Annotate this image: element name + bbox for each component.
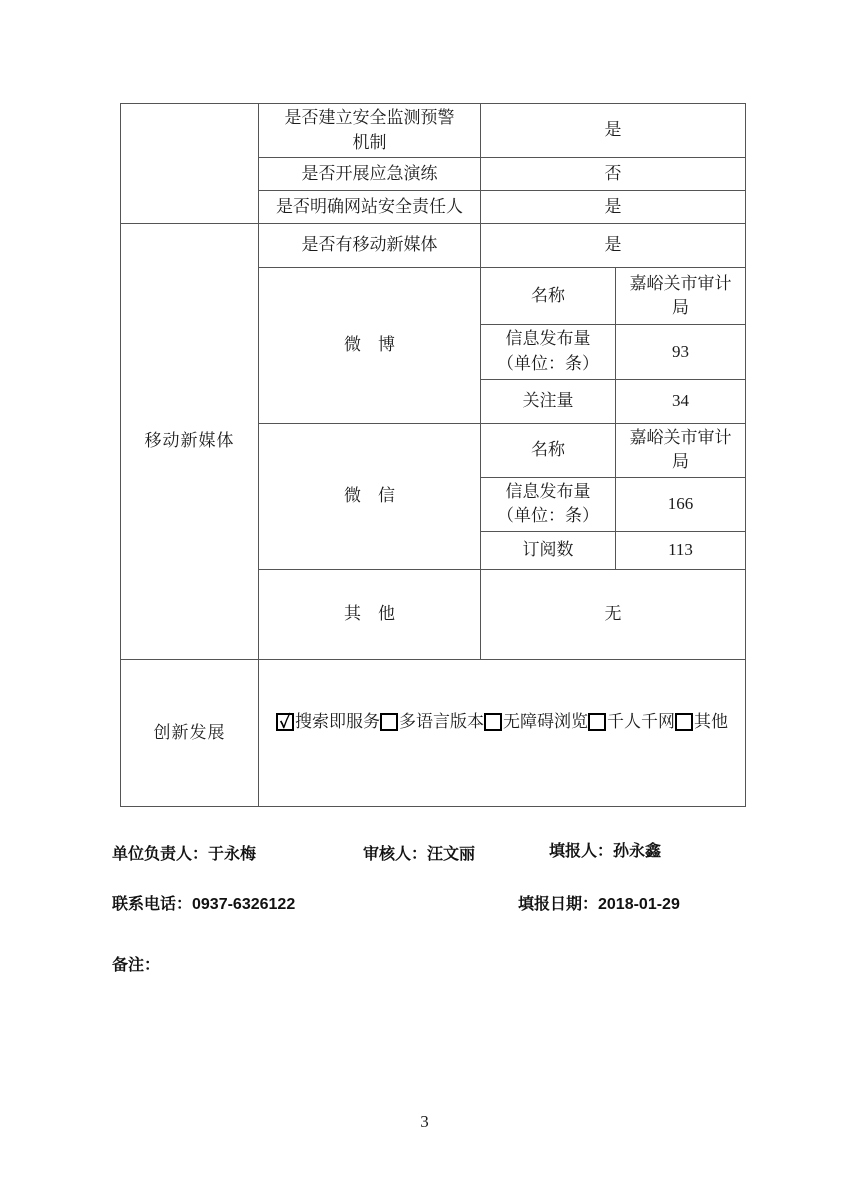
option-accessibility: 无障碍浏览	[484, 710, 588, 735]
wechat-posts-key: 信息发布量 （单位：条）	[481, 477, 616, 531]
option-other-label: 其他	[694, 710, 728, 735]
option-multilingual: 多语言版本	[380, 710, 484, 735]
category-innovation: 创新发展	[121, 660, 259, 807]
reviewer-line: 审核人：汪文丽	[363, 841, 475, 864]
answer-emergency-drill: 否	[481, 158, 746, 191]
page-number: 3	[0, 1112, 849, 1132]
wechat-label: 微 信	[259, 423, 481, 570]
wechat-subscribers-value: 113	[616, 532, 746, 570]
checkbox-accessibility-icon	[484, 713, 502, 731]
checkbox-search-service-icon: ✓	[276, 713, 294, 731]
question-has-mobile-media: 是否有移动新媒体	[259, 224, 481, 268]
question-emergency-drill: 是否开展应急演练	[259, 158, 481, 191]
checkbox-personalized-icon	[588, 713, 606, 731]
date-line: 填报日期：2018-01-29	[518, 891, 680, 914]
category-cell-blank	[121, 104, 259, 224]
document-page: 是否建立安全监测预警 机制 是 是否开展应急演练 否 是否明确网站安全责任人 是…	[0, 0, 849, 1200]
weibo-followers-key: 关注量	[481, 379, 616, 423]
innovation-options-cell: ✓ 搜索即服务 多语言版本 无障碍浏览 千人千网	[259, 660, 746, 807]
wechat-name-value: 嘉峪关市审计 局	[616, 423, 746, 477]
remarks-label: 备注：	[112, 952, 160, 975]
answer-has-mobile-media: 是	[481, 224, 746, 268]
question-security-warning: 是否建立安全监测预警 机制	[259, 104, 481, 158]
wechat-name-key: 名称	[481, 423, 616, 477]
checkbox-multilingual-icon	[380, 713, 398, 731]
answer-security-responsible: 是	[481, 191, 746, 224]
option-other: 其他	[675, 710, 728, 735]
weibo-name-value: 嘉峪关市审计 局	[616, 268, 746, 325]
wechat-subscribers-key: 订阅数	[481, 532, 616, 570]
other-media-label: 其 他	[259, 570, 481, 660]
report-table: 是否建立安全监测预警 机制 是 是否开展应急演练 否 是否明确网站安全责任人 是…	[120, 103, 746, 807]
option-search-service-label: 搜索即服务	[295, 710, 380, 735]
option-personalized: 千人千网	[588, 710, 675, 735]
weibo-posts-value: 93	[616, 325, 746, 379]
other-media-value: 无	[481, 570, 746, 660]
wechat-posts-value: 166	[616, 477, 746, 531]
unit-head-line: 单位负责人：于永梅	[112, 841, 256, 864]
option-search-service: ✓ 搜索即服务	[276, 710, 380, 735]
option-personalized-label: 千人千网	[607, 710, 675, 735]
option-accessibility-label: 无障碍浏览	[503, 710, 588, 735]
weibo-followers-value: 34	[616, 379, 746, 423]
question-security-responsible: 是否明确网站安全责任人	[259, 191, 481, 224]
weibo-label: 微 博	[259, 268, 481, 423]
innovation-options-line: ✓ 搜索即服务 多语言版本 无障碍浏览 千人千网	[267, 710, 737, 735]
answer-security-warning: 是	[481, 104, 746, 158]
checkbox-other-icon	[675, 713, 693, 731]
option-multilingual-label: 多语言版本	[399, 710, 484, 735]
weibo-posts-key: 信息发布量 （单位：条）	[481, 325, 616, 379]
category-mobile-media: 移动新媒体	[121, 224, 259, 660]
weibo-name-key: 名称	[481, 268, 616, 325]
phone-line: 联系电话：0937-6326122	[112, 891, 295, 914]
filler-line: 填报人：孙永鑫	[549, 838, 661, 861]
